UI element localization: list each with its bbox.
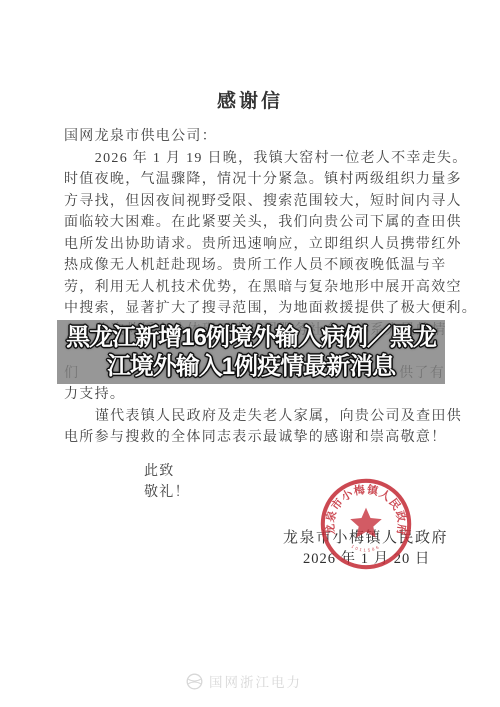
recipient-line: 国网龙泉市供电公司： [64, 126, 445, 148]
watermark-label: 国网浙江电力 [209, 671, 302, 691]
watermark: 国网浙江电力 [0, 671, 494, 691]
letter-line: 2026 年 1 月 19 日晚，我镇大窑村一位老人不幸走失。 [64, 148, 445, 170]
seal-serial: 1011586 [351, 544, 382, 553]
letter-body: 国网龙泉市供电公司： 2026 年 1 月 19 日晚，我镇大窑村一位老人不幸走… [64, 126, 445, 504]
letter-line: 力支持。 [64, 384, 445, 406]
letter-paragraphs-1: 2026 年 1 月 19 日晚，我镇大窑村一位老人不幸走失。时值夜晚，气温骤降… [64, 148, 445, 342]
letter-line: 方寻找，但因夜间视野受限、搜索范围较大，短时间内寻人 [64, 191, 445, 213]
state-grid-logo-icon [186, 673, 203, 690]
letter-line: 热成像无人机赶赴现场。贵所工作人员不顾夜晚低温与辛 [64, 255, 445, 277]
headline-line-1: 黑龙江新增16例境外输入病例／黑龙 [66, 323, 436, 352]
official-seal: 龙泉市小梅镇人民政府 1011586 [318, 476, 414, 572]
letter-line: 电所参与搜救的全体同志表示最诚挚的感谢和崇高敬意！ [64, 427, 445, 449]
letter-page: 感谢信 国网龙泉市供电公司： 2026 年 1 月 19 日晚，我镇大窑村一位老… [0, 0, 500, 707]
letter-line: 电所发出协助请求。贵所迅速响应，立即组织人员携带红外 [64, 234, 445, 256]
letter-title: 感谢信 [0, 86, 500, 113]
letter-paragraphs-2: 力支持。谨代表镇人民政府及走失老人家属，向贵公司及查田供电所参与搜救的全体同志表… [64, 384, 445, 449]
letter-line: 谨代表镇人民政府及走失老人家属，向贵公司及查田供 [64, 406, 445, 428]
headline-overlay: 黑龙江新增16例境外输入病例／黑龙 江境外输入1例疫情最新消息 [57, 320, 445, 384]
letter-line: 时值夜晚，气温骤降，情况十分紧急。镇村两级组织力量多 [64, 169, 445, 191]
letter-line: 劳，利用无人机技术优势，在黑暗与复杂地形中展开高效空 [64, 277, 445, 299]
seal-star-icon [350, 508, 381, 538]
letter-line: 面临较大困难。在此紧要关头，我们向贵公司下属的查田供 [64, 212, 445, 234]
letter-line: 中搜索，显著扩大了搜寻范围，为地面救援提供了极大便利。 [64, 298, 445, 320]
spacer [64, 449, 445, 461]
headline-line-2: 江境外输入1例疫情最新消息 [107, 352, 395, 381]
